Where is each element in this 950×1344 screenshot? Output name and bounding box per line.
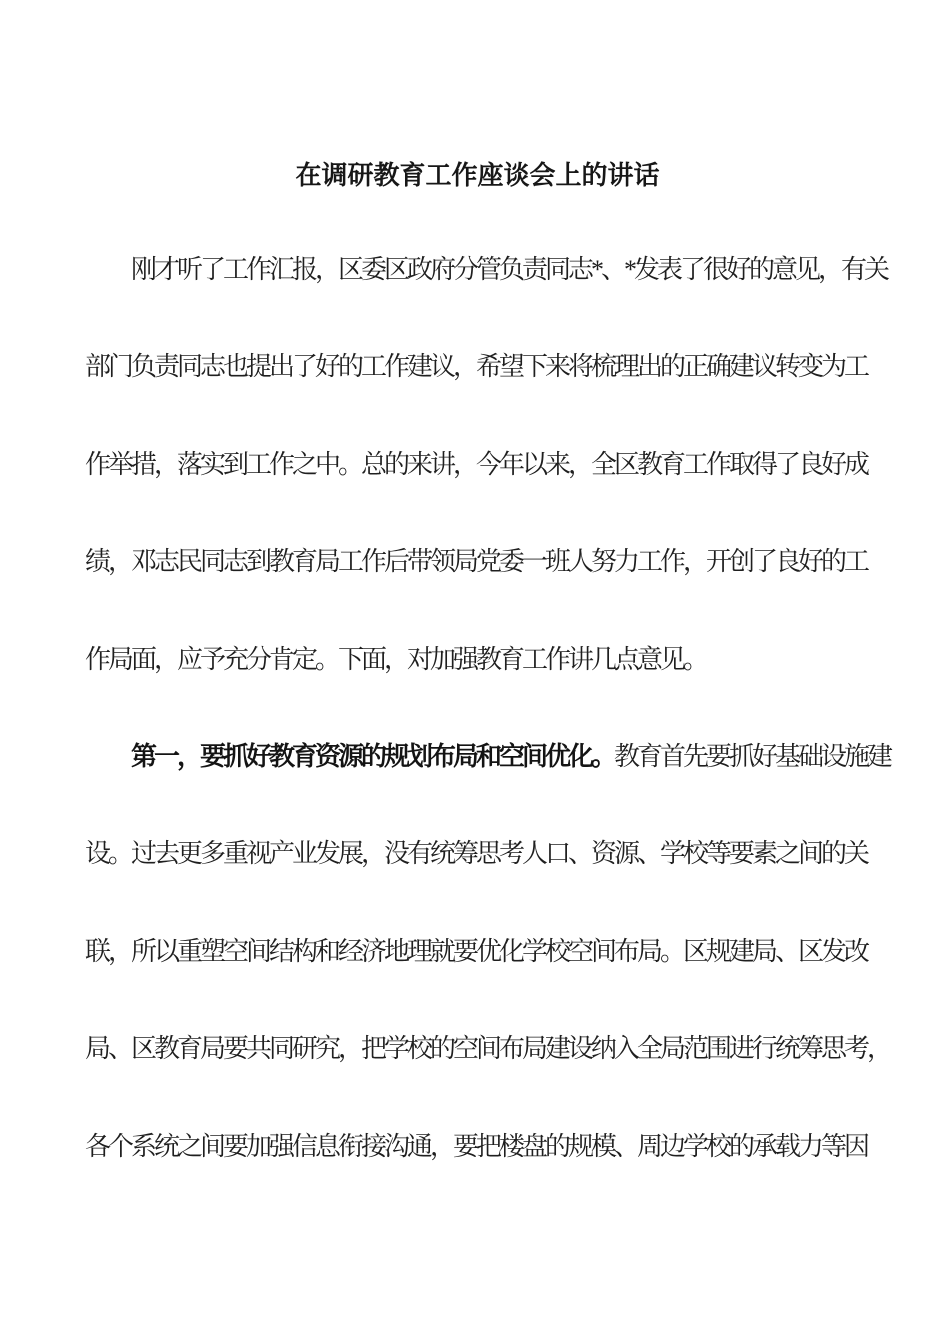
line-text: 教育首先要抓好基础设施建 xyxy=(614,742,890,771)
text-line: 部门负责同志也提出了好的工作建议，希望下来将梳理出的正确建议转变为工 xyxy=(85,318,870,415)
text-line: 作举措，落实到工作之中。总的来讲，今年以来，全区教育工作取得了良好成 xyxy=(85,416,870,513)
text-line: 局、区教育局要共同研究，把学校的空间布局建设纳入全局范围进行统筹思考， xyxy=(85,1000,870,1097)
paragraph-2: 第一，要抓好教育资源的规划布局和空间优化。教育首先要抓好基础设施建 设。过去更多… xyxy=(85,708,870,1195)
text-line: 设。过去更多重视产业发展，没有统筹思考人口、资源、学校等要素之间的关 xyxy=(85,805,870,902)
line-text: 部门负责同志也提出了好的工作建议，希望下来将梳理出的正确建议转变为工 xyxy=(85,352,867,381)
text-line: 各个系统之间要加强信息衔接沟通，要把楼盘的规模、周边学校的承载力等因 xyxy=(85,1098,870,1195)
bold-lead-text: 第一，要抓好教育资源的规划布局和空间优化。 xyxy=(131,742,614,771)
document-page: 在调研教育工作座谈会上的讲话 刚才听了工作汇报，区委区政府分管负责同志*、*发表… xyxy=(0,0,950,1344)
text-line: 联，所以重塑空间结构和经济地理就要优化学校空间布局。区规建局、区发改 xyxy=(85,903,870,1000)
paragraph-1: 刚才听了工作汇报，区委区政府分管负责同志*、*发表了很好的意见，有关 部门负责同… xyxy=(85,221,870,708)
line-text: 局、区教育局要共同研究，把学校的空间布局建设纳入全局范围进行统筹思考， xyxy=(85,1034,890,1063)
line-text: 各个系统之间要加强信息衔接沟通，要把楼盘的规模、周边学校的承载力等因 xyxy=(85,1132,867,1161)
line-text: 联，所以重塑空间结构和经济地理就要优化学校空间布局。区规建局、区发改 xyxy=(85,937,867,966)
line-text: 刚才听了工作汇报，区委区政府分管负责同志*、*发表了很好的意见，有关 xyxy=(131,255,887,284)
line-text: 作局面，应予充分肯定。下面，对加强教育工作讲几点意见。 xyxy=(85,645,706,674)
text-line: 刚才听了工作汇报，区委区政府分管负责同志*、*发表了很好的意见，有关 xyxy=(85,221,870,318)
text-line: 第一，要抓好教育资源的规划布局和空间优化。教育首先要抓好基础设施建 xyxy=(85,708,870,805)
text-line: 作局面，应予充分肯定。下面，对加强教育工作讲几点意见。 xyxy=(85,611,870,708)
line-text: 设。过去更多重视产业发展，没有统筹思考人口、资源、学校等要素之间的关 xyxy=(85,839,867,868)
line-text: 绩，邓志民同志到教育局工作后带领局党委一班人努力工作，开创了良好的工 xyxy=(85,547,867,576)
line-text: 作举措，落实到工作之中。总的来讲，今年以来，全区教育工作取得了良好成 xyxy=(85,450,867,479)
text-line: 绩，邓志民同志到教育局工作后带领局党委一班人努力工作，开创了良好的工 xyxy=(85,513,870,610)
document-title: 在调研教育工作座谈会上的讲话 xyxy=(85,160,870,191)
document-body: 刚才听了工作汇报，区委区政府分管负责同志*、*发表了很好的意见，有关 部门负责同… xyxy=(85,221,870,1195)
